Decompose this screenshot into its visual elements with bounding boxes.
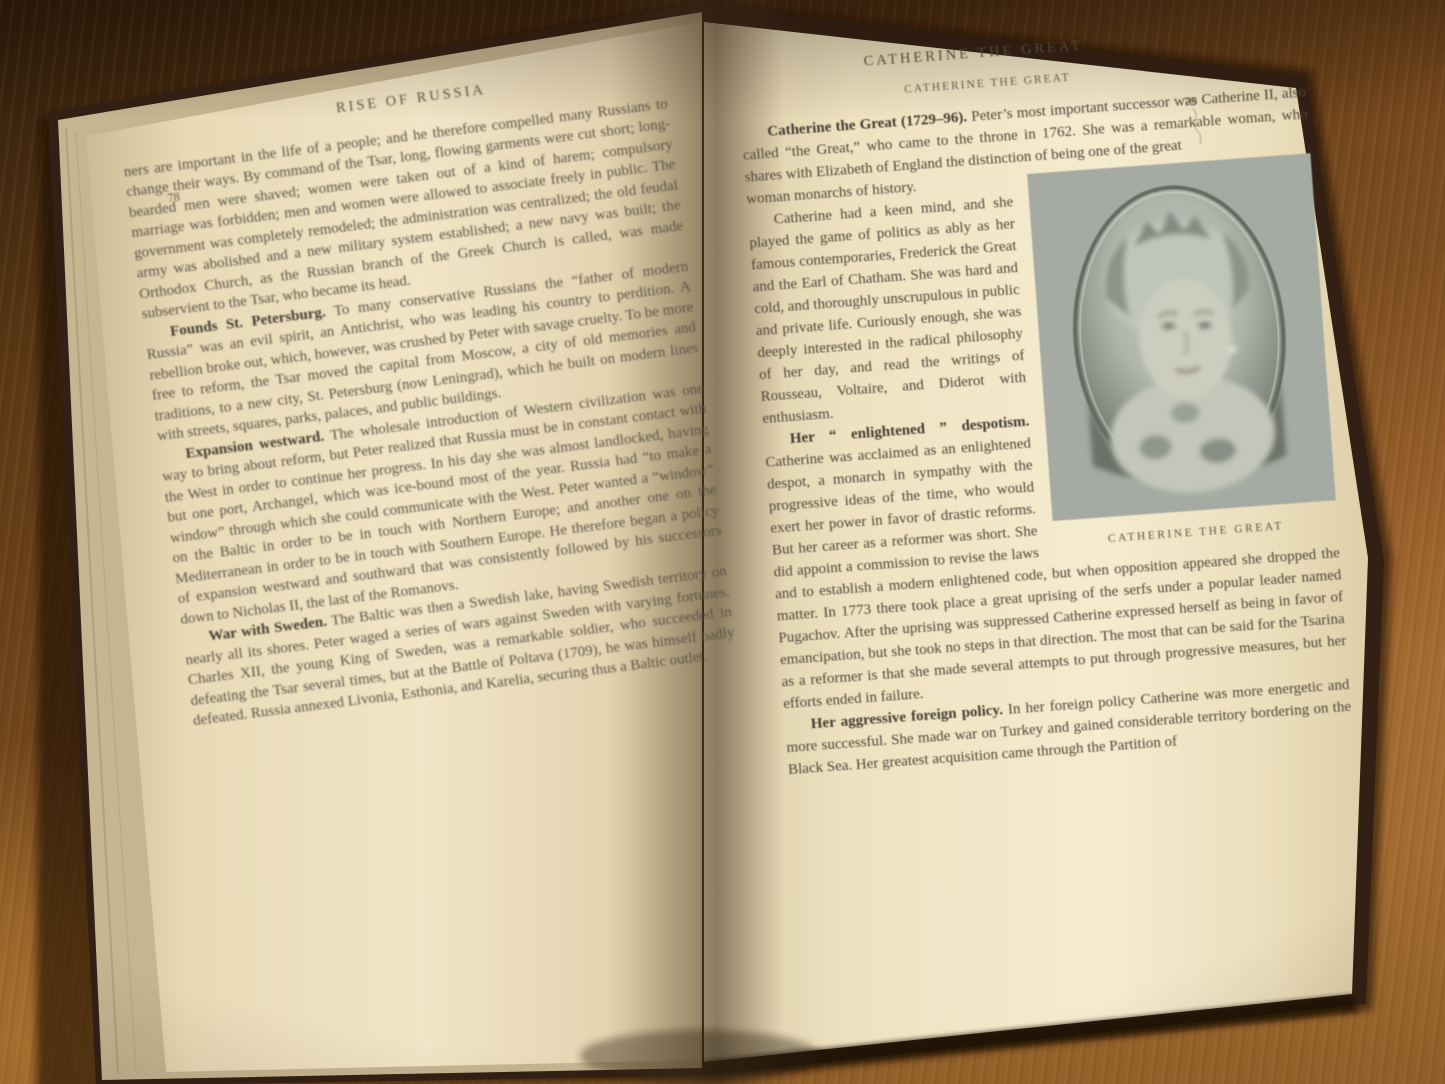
portrait-figure: CATHERINE THE GREAT [1027, 153, 1338, 554]
paragraph-text: Catherine had a keen mind, and she playe… [749, 194, 1027, 427]
gutter-bottom-shadow [580, 1030, 820, 1082]
pencil-mark [1187, 106, 1212, 148]
left-page-content: RISE OF RUSSIA 78 ners are important in … [118, 57, 738, 731]
photo-of-open-book: RISE OF RUSSIA 78 ners are important in … [0, 0, 1445, 1084]
left-page-number: 78 [166, 187, 181, 209]
right-page-content: CATHERINE THE GREAT 79 CATHERINE THE GRE… [736, 19, 1353, 782]
catherine-portrait-image [1027, 153, 1336, 521]
